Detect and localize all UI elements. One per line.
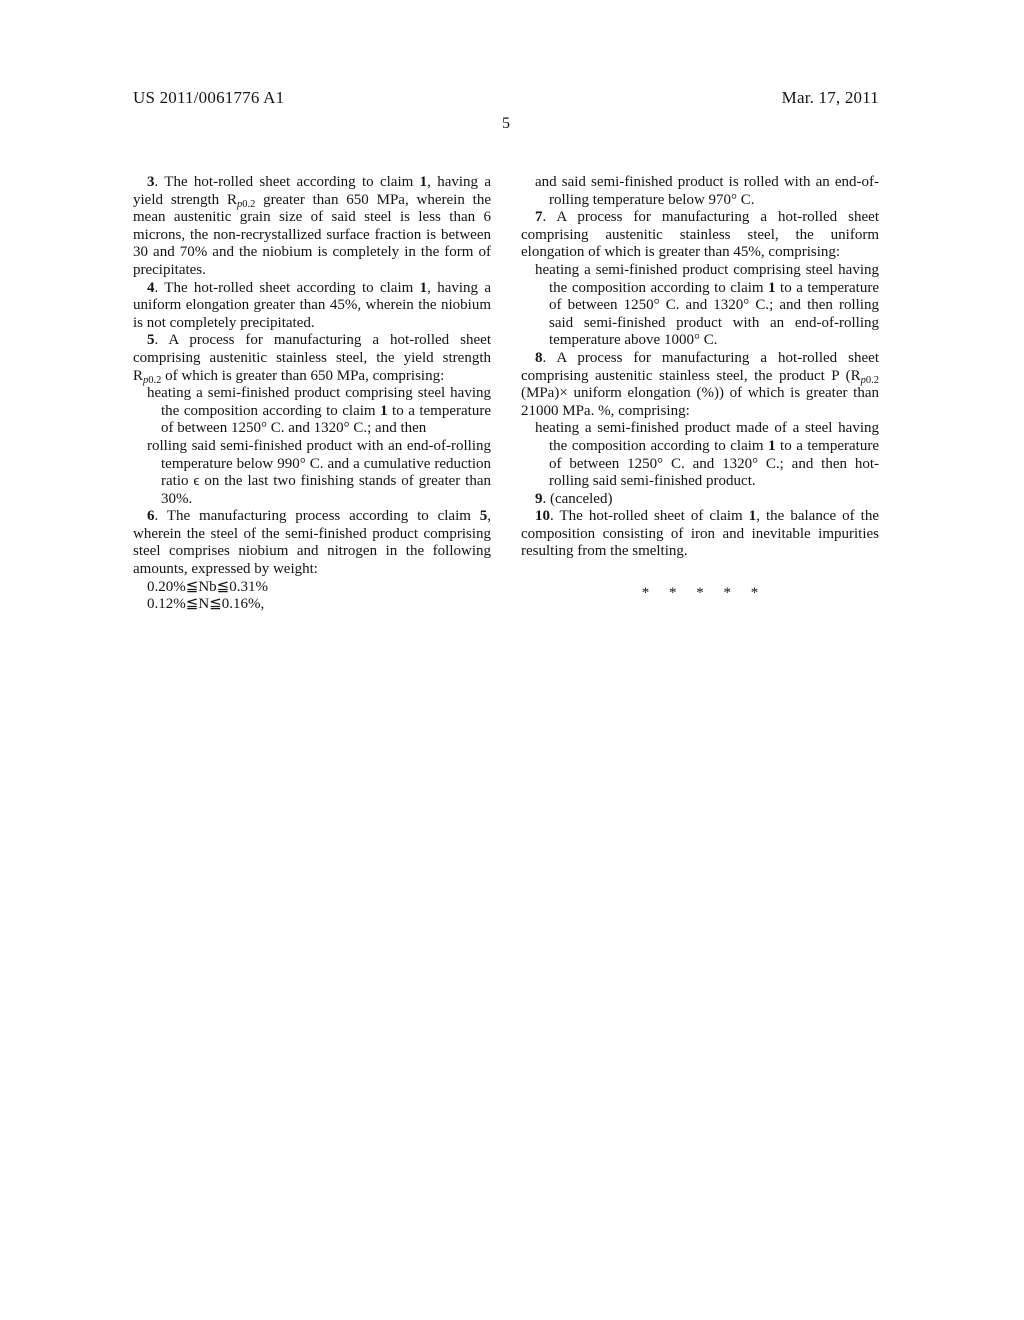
right-column: and said semi-finished product is rolled… bbox=[521, 174, 879, 614]
claim-4: 4. The hot-rolled sheet according to cla… bbox=[133, 280, 491, 333]
claim-5-step-rolling: rolling said semi-finished product with … bbox=[133, 438, 491, 508]
claim-5-step-heating: heating a semi-finished product comprisi… bbox=[133, 385, 491, 438]
claim-6-formula-nitrogen: 0.12%≦N≦0.16%, bbox=[133, 596, 491, 614]
page-header: US 2011/0061776 A1 Mar. 17, 2011 bbox=[0, 0, 1024, 108]
claims-text-block: 3. The hot-rolled sheet according to cla… bbox=[133, 174, 879, 614]
claim-10: 10. The hot-rolled sheet of claim 1, the… bbox=[521, 508, 879, 561]
claim-7: 7. A process for manufacturing a hot-rol… bbox=[521, 209, 879, 262]
left-column: 3. The hot-rolled sheet according to cla… bbox=[133, 174, 491, 614]
claim-5: 5. A process for manufacturing a hot-rol… bbox=[133, 332, 491, 385]
patent-document-page: US 2011/0061776 A1 Mar. 17, 2011 5 3. Th… bbox=[0, 0, 1024, 1320]
claim-6-continuation: and said semi-finished product is rolled… bbox=[521, 174, 879, 209]
claim-6-formula-niobium: 0.20%≦Nb≦0.31% bbox=[133, 579, 491, 597]
publication-number: US 2011/0061776 A1 bbox=[133, 88, 284, 108]
page-number: 5 bbox=[0, 115, 1024, 133]
claim-9: 9. (canceled) bbox=[521, 491, 879, 509]
claim-7-step-heating: heating a semi-finished product comprisi… bbox=[521, 262, 879, 350]
claim-8-step-heating: heating a semi-finished product made of … bbox=[521, 420, 879, 490]
claim-3: 3. The hot-rolled sheet according to cla… bbox=[133, 174, 491, 280]
claim-6: 6. The manufacturing process according t… bbox=[133, 508, 491, 578]
publication-date: Mar. 17, 2011 bbox=[782, 88, 879, 108]
claim-8: 8. A process for manufacturing a hot-rol… bbox=[521, 350, 879, 420]
end-of-claims-marker: * * * * * bbox=[521, 585, 879, 603]
